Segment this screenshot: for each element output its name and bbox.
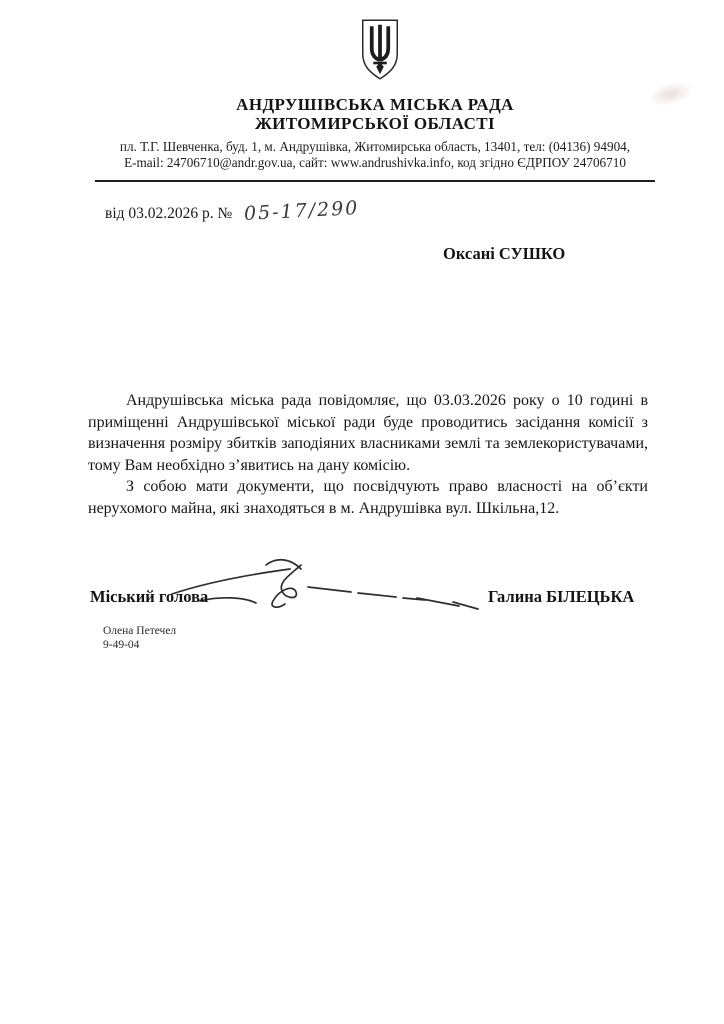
handwritten-signature <box>158 548 488 618</box>
reference-date-label: від 03.02.2026 р. № <box>105 205 232 222</box>
addressee-name: Оксані СУШКО <box>443 244 565 264</box>
signer-name: Галина БІЛЕЦЬКА <box>488 587 634 607</box>
executor-block: Олена Петечел 9-49-04 <box>103 625 176 652</box>
executor-phone: 9-49-04 <box>103 639 176 653</box>
reference-line: від 03.02.2026 р. № 05-17/290 <box>105 201 360 223</box>
org-name-line1: АНДРУШІВСЬКА МІСЬКА РАДА <box>95 95 655 115</box>
org-name-line2: ЖИТОМИРСЬКОЇ ОБЛАСТІ <box>95 114 655 134</box>
letterhead-divider <box>95 180 655 182</box>
org-address-line: пл. Т.Г. Шевченка, буд. 1, м. Андрушівка… <box>60 139 690 155</box>
org-contacts-line: E-mail: 24706710@andr.gov.ua, сайт: www.… <box>60 155 690 171</box>
ukraine-trident-emblem-icon <box>357 18 403 81</box>
executor-name: Олена Петечел <box>103 625 176 639</box>
reference-number-handwritten: 05-17/290 <box>244 197 360 225</box>
body-paragraph-2: З собою мати документи, що посвідчують п… <box>88 476 648 519</box>
body-paragraph-1: Андрушівська міська рада повідомляє, що … <box>88 390 648 476</box>
signer-position-title: Міський голова <box>90 587 208 607</box>
scanned-letter-page: АНДРУШІВСЬКА МІСЬКА РАДА ЖИТОМИРСЬКОЇ ОБ… <box>0 0 724 1024</box>
letter-body: Андрушівська міська рада повідомляє, що … <box>88 390 648 520</box>
